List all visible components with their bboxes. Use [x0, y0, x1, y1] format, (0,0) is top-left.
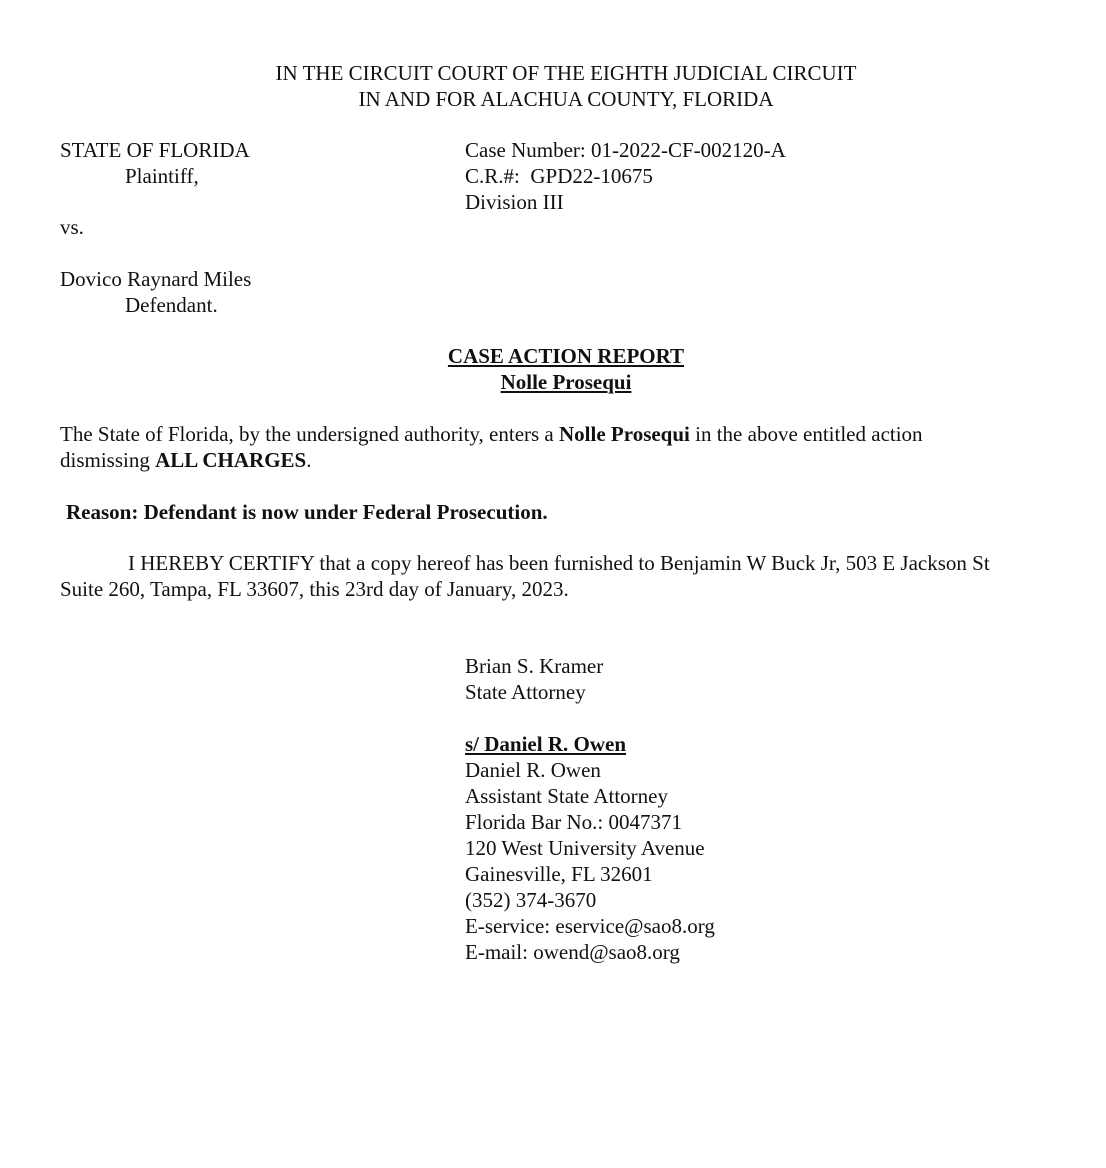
- eservice-email: E-service: eservice@sao8.org: [465, 913, 715, 939]
- document-title: CASE ACTION REPORT Nolle Prosequi: [0, 343, 1106, 395]
- phone-number: (352) 374-3670: [465, 887, 715, 913]
- nolle-prosequi-emphasis: Nolle Prosequi: [559, 422, 690, 446]
- court-header-line-2: IN AND FOR ALACHUA COUNTY, FLORIDA: [0, 86, 1106, 112]
- plaintiff-name: STATE OF FLORIDA: [60, 137, 250, 163]
- address-line-1: 120 West University Avenue: [465, 835, 715, 861]
- signer-name: Daniel R. Owen: [465, 757, 715, 783]
- cr-number: C.R.#: GPD22-10675: [465, 163, 786, 189]
- body-line-1: The State of Florida, by the undersigned…: [60, 421, 1060, 447]
- state-attorney-name: Brian S. Kramer: [465, 653, 715, 679]
- body-line-2: dismissing ALL CHARGES.: [60, 447, 1060, 473]
- body-text-2: in the above entitled action: [690, 422, 923, 446]
- bar-number: Florida Bar No.: 0047371: [465, 809, 715, 835]
- certificate-line-1: I HEREBY CERTIFY that a copy hereof has …: [60, 550, 1060, 576]
- title-sub: Nolle Prosequi: [0, 369, 1106, 395]
- case-info-block: Case Number: 01-2022-CF-002120-A C.R.#: …: [465, 137, 786, 215]
- title-main: CASE ACTION REPORT: [0, 343, 1106, 369]
- defendant-name: Dovico Raynard Miles: [60, 266, 251, 292]
- address-line-2: Gainesville, FL 32601: [465, 861, 715, 887]
- case-number: Case Number: 01-2022-CF-002120-A: [465, 137, 786, 163]
- body-paragraph: The State of Florida, by the undersigned…: [60, 421, 1060, 473]
- court-header: IN THE CIRCUIT COURT OF THE EIGHTH JUDIC…: [0, 60, 1106, 112]
- all-charges-emphasis: ALL CHARGES: [155, 448, 306, 472]
- division: Division III: [465, 189, 786, 215]
- plaintiff-block: STATE OF FLORIDA Plaintiff,: [60, 137, 250, 189]
- body-text-3: dismissing: [60, 448, 155, 472]
- certificate-of-service: I HEREBY CERTIFY that a copy hereof has …: [60, 550, 1060, 602]
- state-attorney-title: State Attorney: [465, 679, 715, 705]
- reason: Reason: Defendant is now under Federal P…: [66, 499, 548, 525]
- body-text-4: .: [306, 448, 311, 472]
- versus: vs.: [60, 214, 84, 240]
- defendant-role: Defendant.: [60, 292, 251, 318]
- signer-title: Assistant State Attorney: [465, 783, 715, 809]
- defendant-block: Dovico Raynard Miles Defendant.: [60, 266, 251, 318]
- body-text-1: The State of Florida, by the undersigned…: [60, 422, 559, 446]
- signature-spacer: [465, 705, 715, 731]
- electronic-signature: s/ Daniel R. Owen: [465, 731, 715, 757]
- plaintiff-role: Plaintiff,: [60, 163, 250, 189]
- certificate-line-2: Suite 260, Tampa, FL 33607, this 23rd da…: [60, 576, 1060, 602]
- court-header-line-1: IN THE CIRCUIT COURT OF THE EIGHTH JUDIC…: [0, 60, 1106, 86]
- signature-block: Brian S. Kramer State Attorney s/ Daniel…: [465, 653, 715, 965]
- contact-email: E-mail: owend@sao8.org: [465, 939, 715, 965]
